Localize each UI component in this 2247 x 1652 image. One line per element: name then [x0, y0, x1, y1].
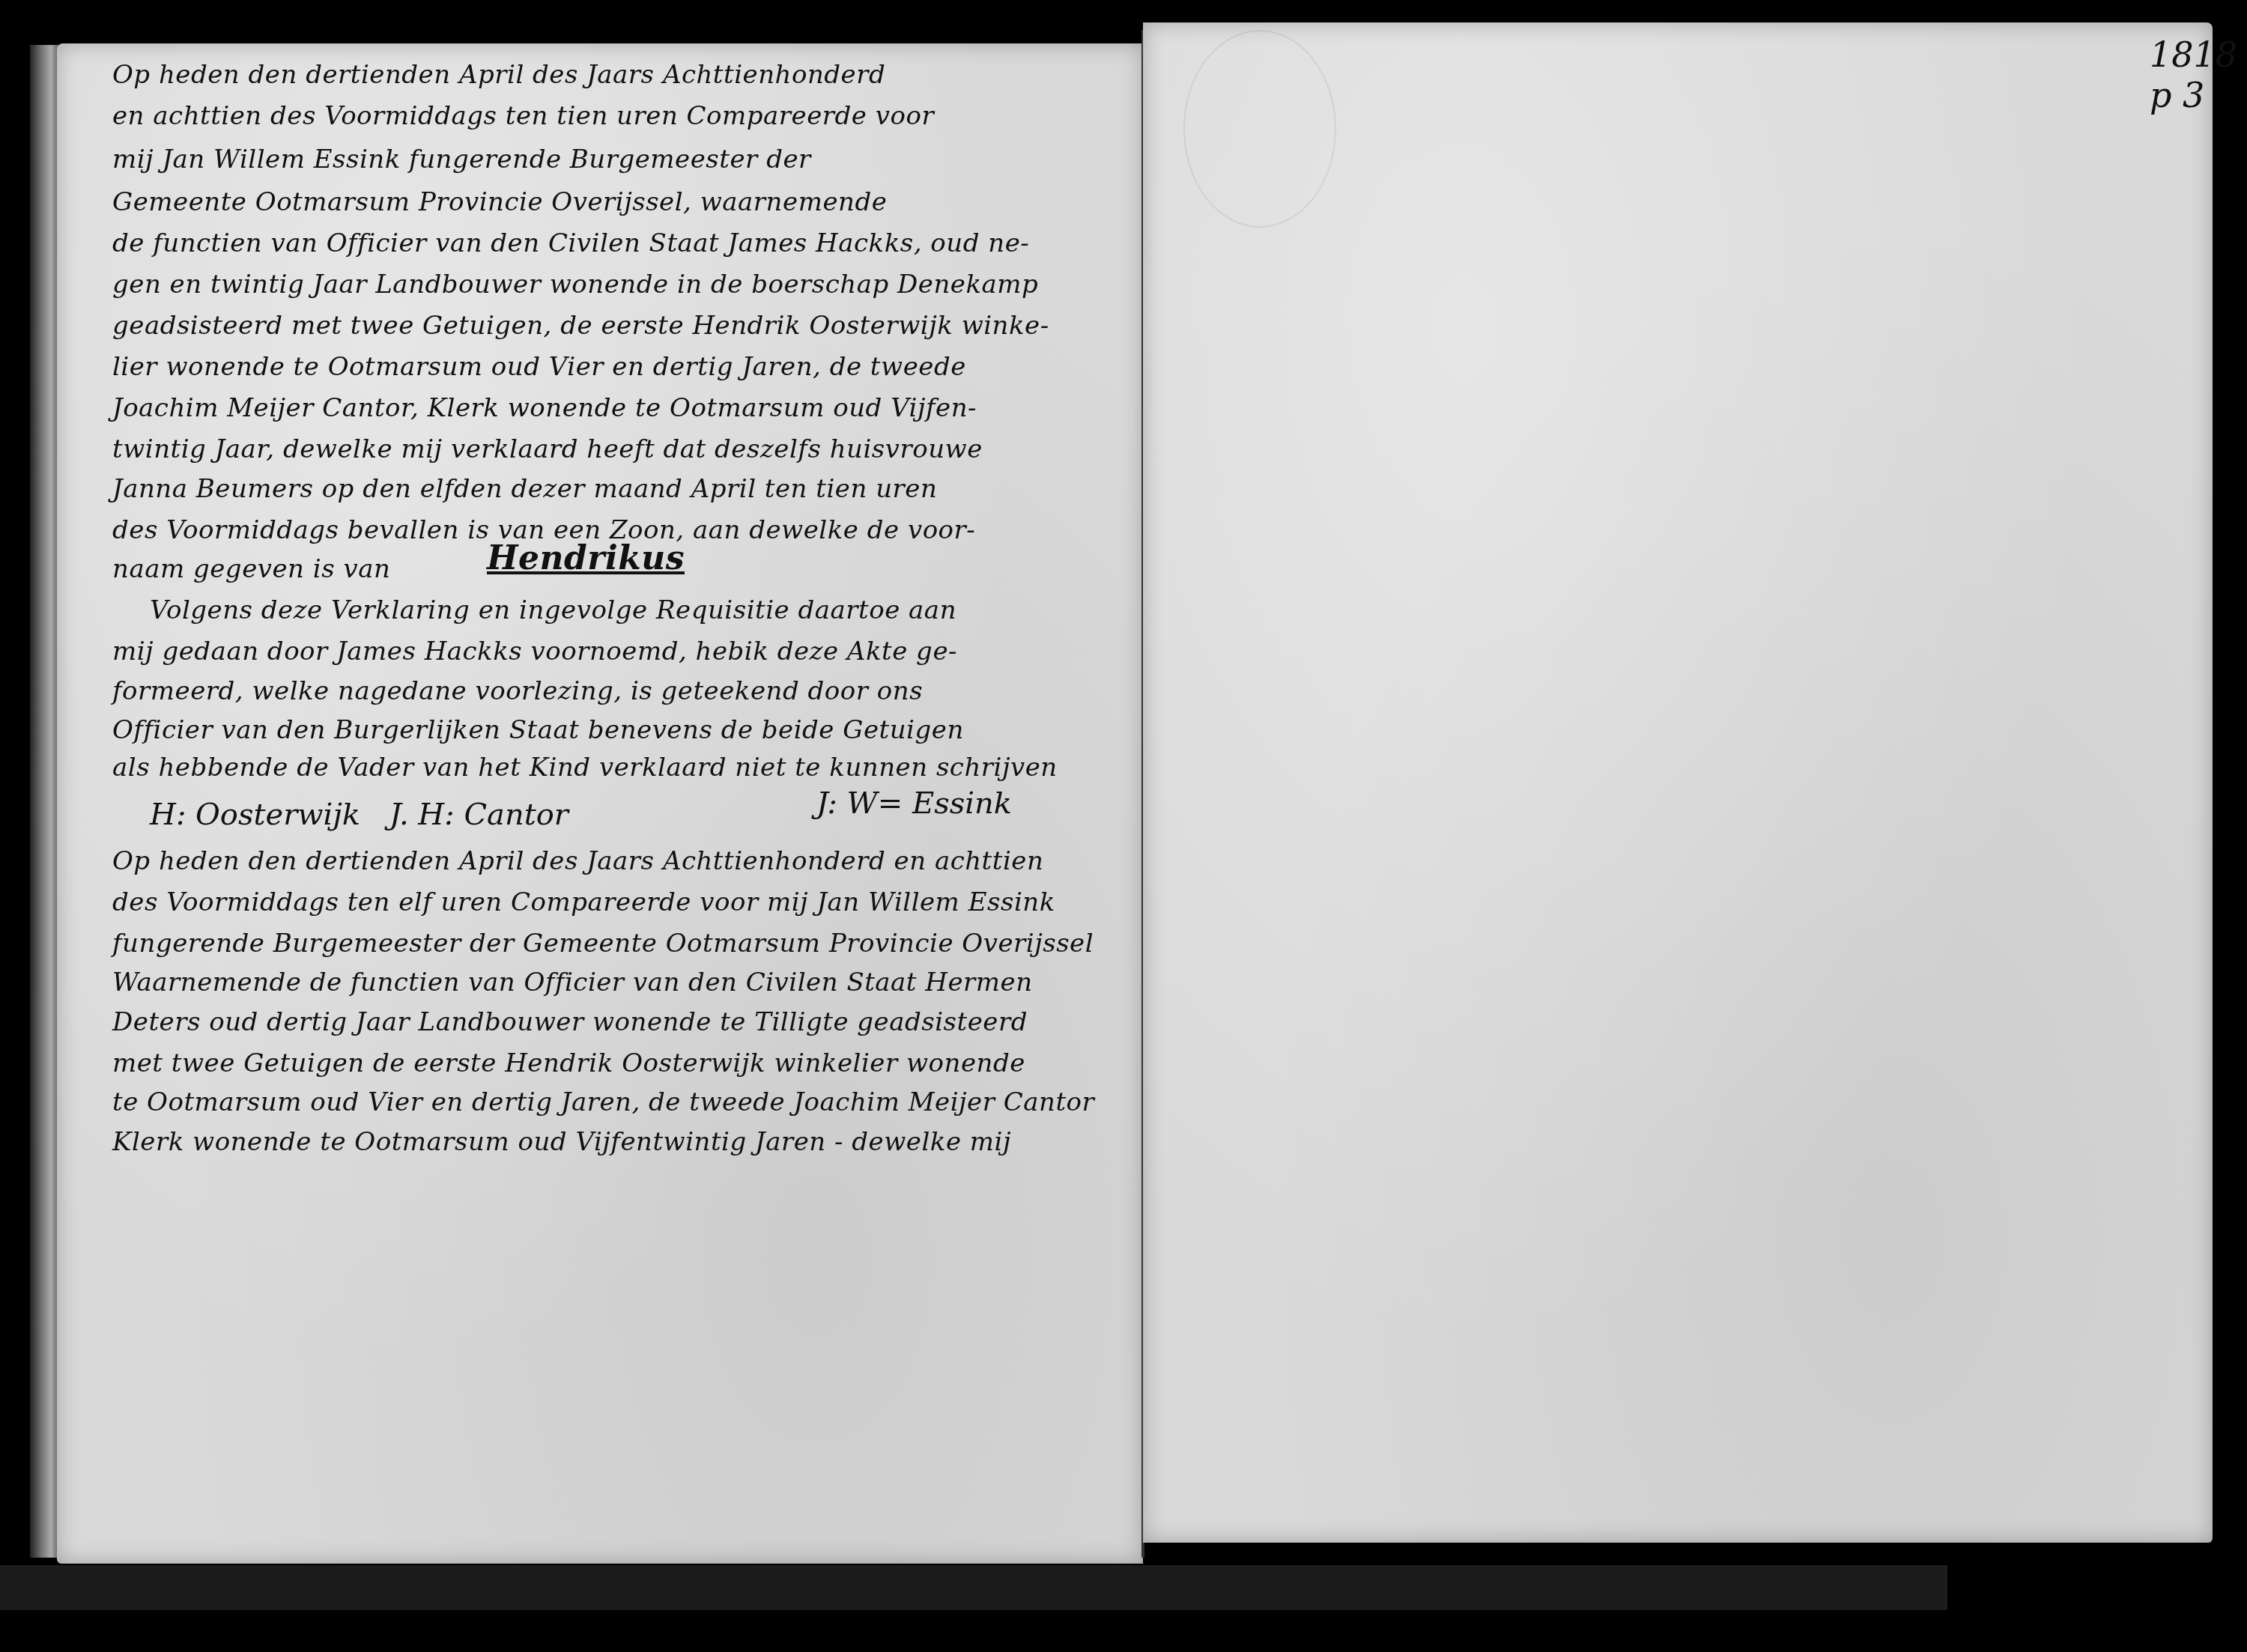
record-line: geadsisteerd met twee Getuigen, de eerst…: [112, 311, 1049, 341]
embossed-stamp: [1183, 30, 1336, 228]
record-line: Op heden den dertienden April des Jaars …: [112, 60, 885, 90]
record-line: Gemeente Ootmarsum Provincie Overijssel,…: [112, 187, 887, 217]
folio-number: 1818 p 3: [2150, 34, 2247, 115]
record-line: Janna Beumers op den elfden dezer maand …: [112, 474, 937, 504]
book-spine-edge: [30, 45, 60, 1558]
child-name: Hendrikus: [487, 539, 685, 577]
right-page: [1143, 22, 2213, 1543]
record-line: als hebbende de Vader van het Kind verkl…: [112, 753, 1058, 783]
record-line: Klerk wonende te Ootmarsum oud Vijfentwi…: [112, 1127, 1011, 1157]
record-line: formeerd, welke nagedane voorlezing, is …: [112, 676, 923, 706]
record-line: Op heden den dertienden April des Jaars …: [112, 846, 1043, 876]
record-line: twintig Jaar, dewelke mij verklaard heef…: [112, 434, 983, 464]
record-line: fungerende Burgemeester der Gemeente Oot…: [112, 929, 1094, 959]
record-line: mij Jan Willem Essink fungerende Burgeme…: [112, 145, 811, 174]
signature: J. H: Cantor: [389, 798, 568, 832]
signature: J: W= Essink: [816, 786, 1012, 821]
record-line: gen en twintig Jaar Landbouwer wonende i…: [112, 270, 1038, 300]
record-line: en achttien des Voormiddags ten tien ure…: [112, 101, 934, 131]
record-line: Officier van den Burgerlijken Staat bene…: [112, 715, 964, 745]
record-line: met twee Getuigen de eerste Hendrik Oost…: [112, 1048, 1025, 1078]
record-line: mij gedaan door James Hackks voornoemd, …: [112, 637, 957, 666]
record-line: naam gegeven is van: [112, 554, 390, 584]
record-line: te Ootmarsum oud Vier en dertig Jaren, d…: [112, 1087, 1094, 1117]
record-line: Volgens deze Verklaring en ingevolge Req…: [150, 595, 956, 625]
signature: H: Oosterwijk: [150, 798, 360, 832]
record-line: lier wonende te Ootmarsum oud Vier en de…: [112, 352, 966, 382]
record-line: Waarnemende de functien van Officier van…: [112, 968, 1033, 997]
scan-background: [0, 1565, 1947, 1610]
record-line: des Voormiddags ten elf uren Compareerde…: [112, 887, 1055, 917]
record-line: Deters oud dertig Jaar Landbouwer wonend…: [112, 1007, 1028, 1037]
record-line: de functien van Officier van den Civilen…: [112, 228, 1029, 258]
record-line: Joachim Meijer Cantor, Klerk wonende te …: [112, 393, 977, 423]
